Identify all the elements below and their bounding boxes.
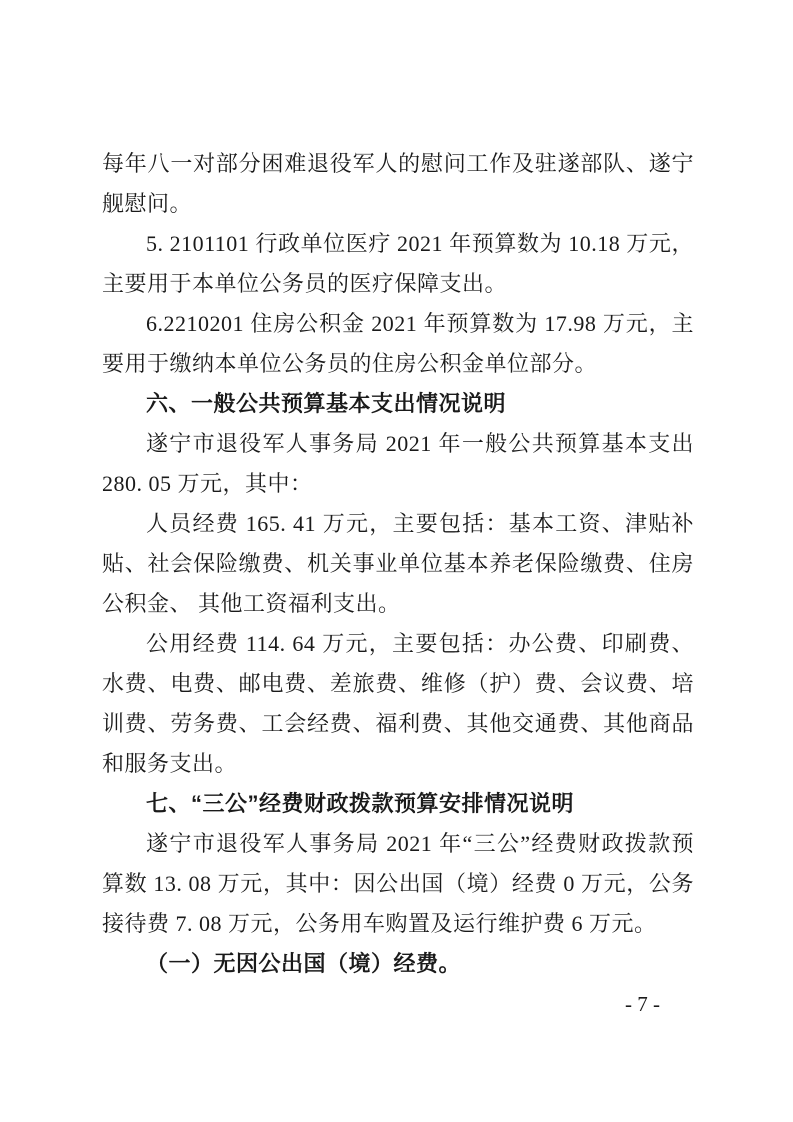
heading-section-6-basic-expenditure: 六、一般公共预算基本支出情况说明 <box>102 384 694 424</box>
paragraph-item-6-housing-fund: 6.2210201 住房公积金 2021 年预算数为 17.98 万元，主要用于… <box>102 304 694 384</box>
paragraph-basic-expenditure-total: 遂宁市退役军人事务局 2021 年一般公共预算基本支出 280. 05 万元，其… <box>102 424 694 504</box>
document-page: 每年八一对部分困难退役军人的慰问工作及驻遂部队、遂宁舰慰问。 5. 210110… <box>0 0 793 1122</box>
heading-subsection-1-no-overseas-expense: （一）无因公出国（境）经费。 <box>102 944 694 984</box>
paragraph-item-5-medical: 5. 2101101 行政单位医疗 2021 年预算数为 10.18 万元，主要… <box>102 224 694 304</box>
document-body: 每年八一对部分困难退役军人的慰问工作及驻遂部队、遂宁舰慰问。 5. 210110… <box>102 144 694 984</box>
paragraph-three-public-funds-budget: 遂宁市退役军人事务局 2021 年“三公”经费财政拨款预算数 13. 08 万元… <box>102 824 694 944</box>
heading-section-7-three-public-funds: 七、“三公”经费财政拨款预算安排情况说明 <box>102 784 694 824</box>
page-number: - 7 - <box>625 992 660 1016</box>
paragraph-consolation-continued: 每年八一对部分困难退役军人的慰问工作及驻遂部队、遂宁舰慰问。 <box>102 144 694 224</box>
paragraph-personnel-funds: 人员经费 165. 41 万元，主要包括：基本工资、津贴补贴、社会保险缴费、机关… <box>102 504 694 624</box>
paragraph-public-funds: 公用经费 114. 64 万元，主要包括：办公费、印刷费、水费、电费、邮电费、差… <box>102 624 694 784</box>
